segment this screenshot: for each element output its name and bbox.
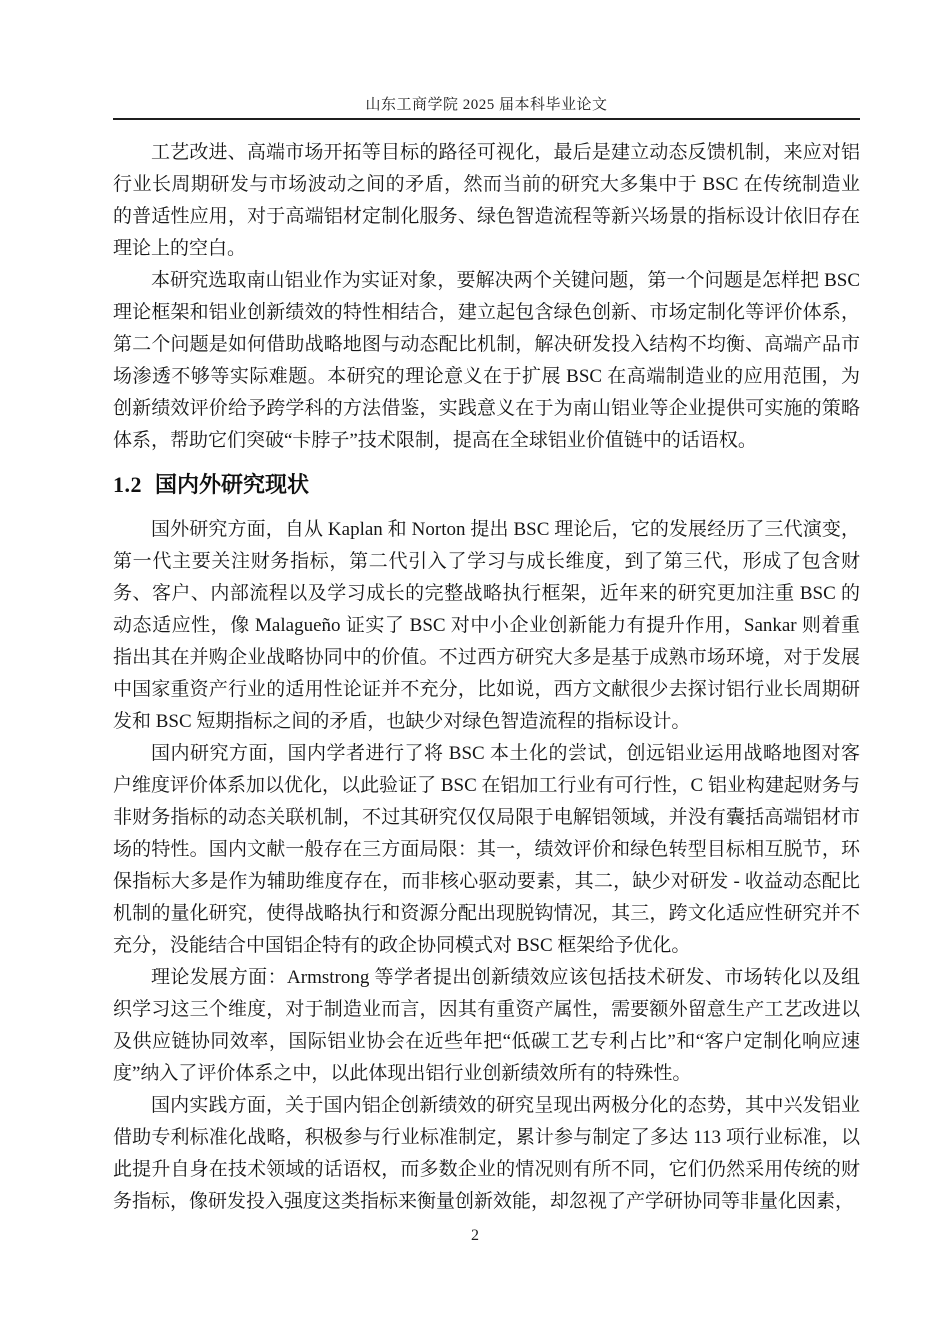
running-head: 山东工商学院 2025 届本科毕业论文	[113, 0, 860, 120]
section-number: 1.2	[113, 472, 142, 497]
section-title: 国内外研究现状	[155, 472, 309, 497]
thesis-page: 山东工商学院 2025 届本科毕业论文 工艺改进、高端市场开拓等目标的路径可视化…	[0, 0, 950, 1344]
section-heading: 1.2国内外研究现状	[113, 471, 860, 499]
paragraph-domestic-research: 国内研究方面，国内学者进行了将 BSC 本土化的尝试，创远铝业运用战略地图对客户…	[113, 738, 860, 962]
page-body: 工艺改进、高端市场开拓等目标的路径可视化，最后是建立动态反馈机制，来应对铝行业长…	[113, 120, 860, 1218]
page-number: 2	[0, 1226, 950, 1246]
paragraph-theory-development: 理论发展方面：Armstrong 等学者提出创新绩效应该包括技术研发、市场转化以…	[113, 962, 860, 1090]
running-head-title: 山东工商学院 2025 届本科毕业论文	[365, 97, 607, 113]
paragraph-foreign-research: 国外研究方面，自从 Kaplan 和 Norton 提出 BSC 理论后，它的发…	[113, 514, 860, 738]
paragraph-domestic-practice: 国内实践方面，关于国内铝企创新绩效的研究呈现出两极分化的态势，其中兴发铝业借助专…	[113, 1090, 860, 1218]
paragraph-continuation: 工艺改进、高端市场开拓等目标的路径可视化，最后是建立动态反馈机制，来应对铝行业长…	[113, 137, 860, 265]
paragraph-research-questions: 本研究选取南山铝业作为实证对象，要解决两个关键问题，第一个问题是怎样把 BSC …	[113, 265, 860, 457]
